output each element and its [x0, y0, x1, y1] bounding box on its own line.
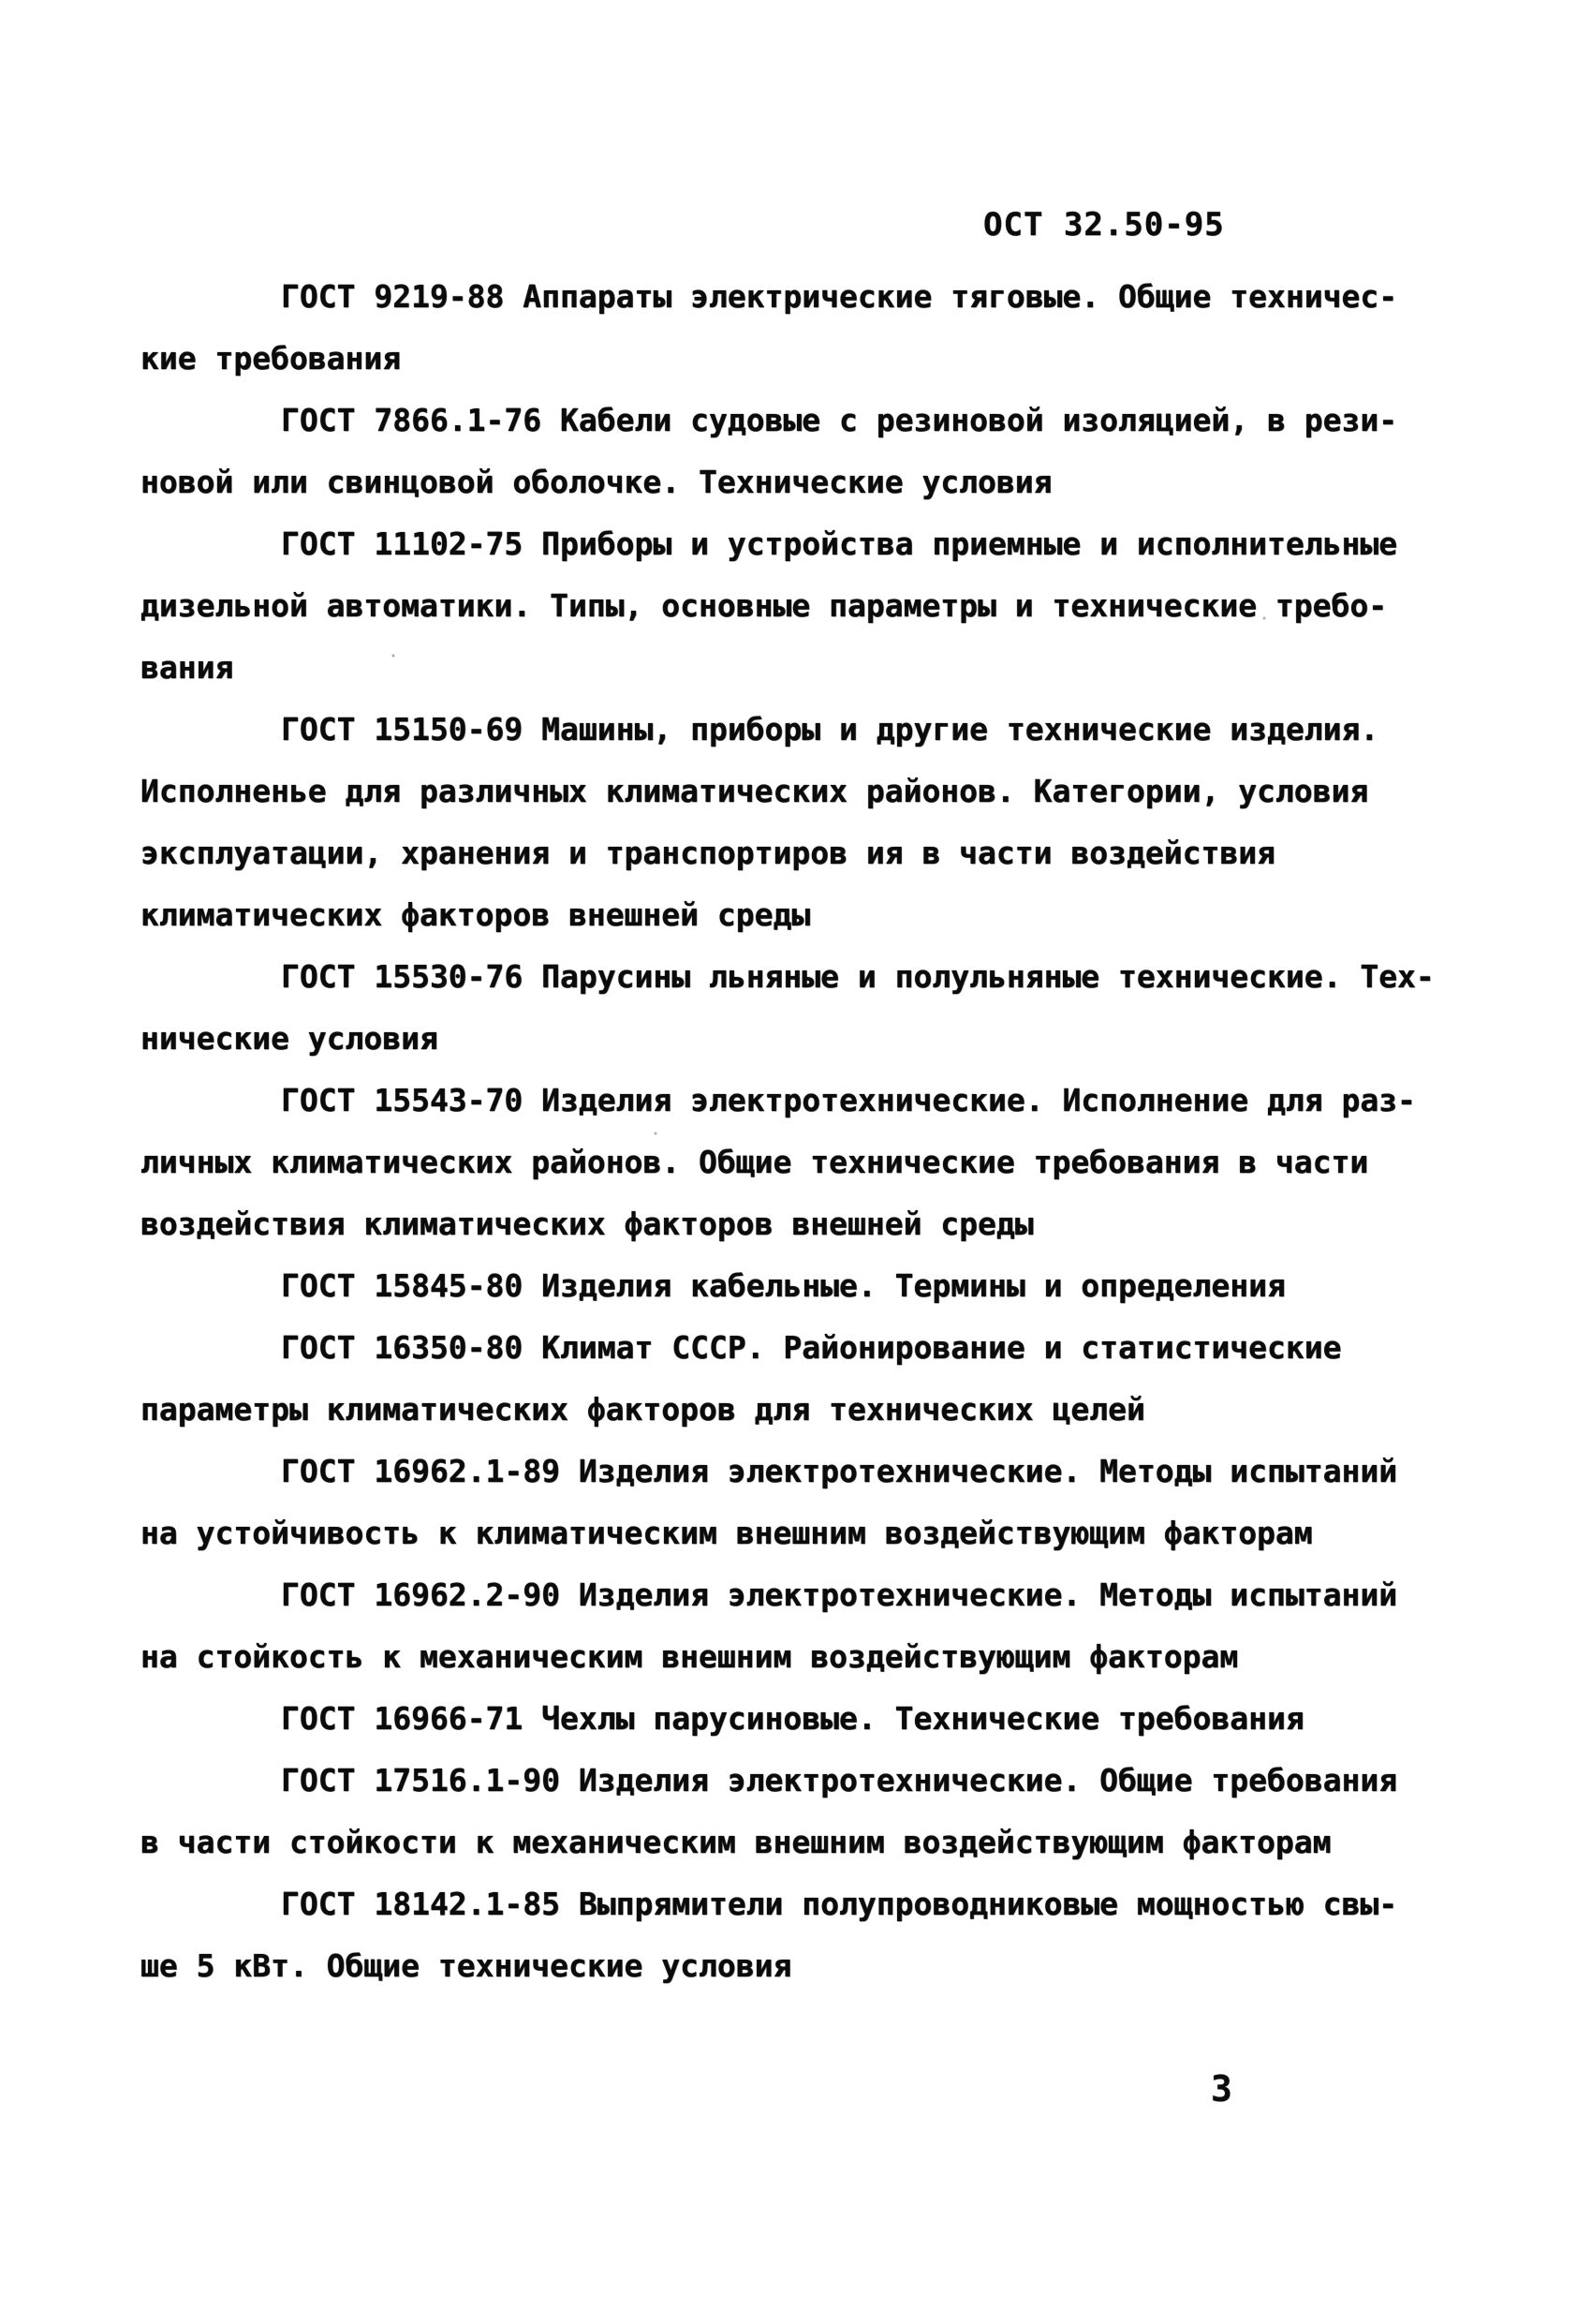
text-line: на устойчивость к климатическим внешним … — [140, 1502, 1419, 1564]
text-line: ГОСТ 16350-80 Климат СССР. Районирование… — [140, 1317, 1419, 1379]
text-line: параметры климатических факторов для тех… — [140, 1379, 1419, 1441]
text-line: климатических факторов внешней среды — [140, 884, 1419, 946]
text-line: ГОСТ 15530-76 Парусины льняные и полульн… — [140, 946, 1419, 1008]
page-number: 3 — [1211, 2068, 1232, 2109]
text-line: дизельной автоматики. Типы, основные пар… — [140, 575, 1419, 637]
text-line: в части стойкости к механическим внешним… — [140, 1812, 1419, 1873]
text-line: ГОСТ 16966-71 Чехлы парусиновые. Техниче… — [140, 1688, 1419, 1750]
text-line: вания — [140, 637, 1419, 699]
text-line: ГОСТ 15845-80 Изделия кабельные. Термины… — [140, 1255, 1419, 1317]
text-line: воздействия климатических факторов внешн… — [140, 1193, 1419, 1255]
text-line: эксплуатации, хранения и транспортиров и… — [140, 822, 1419, 884]
text-line: ше 5 кВт. Общие технические условия — [140, 1935, 1419, 1997]
text-line: ГОСТ 16962.1-89 Изделия электротехническ… — [140, 1441, 1419, 1502]
document-code-header: ОСТ 32.50-95 — [983, 206, 1225, 244]
text-line: ГОСТ 16962.2-90 Изделия электротехническ… — [140, 1564, 1419, 1626]
text-line: на стойкость к механическим внешним возд… — [140, 1626, 1419, 1688]
text-line: кие требования — [140, 328, 1419, 390]
text-line: ГОСТ 7866.1-76 Кабели судовые с резиново… — [140, 390, 1419, 451]
text-line: нические условия — [140, 1008, 1419, 1070]
text-line: ГОСТ 18142.1-85 Выпрямители полупроводни… — [140, 1873, 1419, 1935]
text-line: ГОСТ 15150-69 Машины, приборы и другие т… — [140, 699, 1419, 761]
text-line: ГОСТ 17516.1-90 Изделия электротехническ… — [140, 1750, 1419, 1812]
text-line: Исполненье для различных климатических р… — [140, 761, 1419, 822]
text-line: новой или свинцовой оболочке. Технически… — [140, 451, 1419, 513]
document-page: ОСТ 32.50-95 ГОСТ 9219-88 Аппараты элект… — [0, 0, 1592, 2324]
text-line: ГОСТ 15543-70 Изделия электротехнические… — [140, 1070, 1419, 1132]
text-line: ГОСТ 9219-88 Аппараты электрические тяго… — [140, 266, 1419, 328]
text-line: ГОСТ 11102-75 Приборы и устройства прием… — [140, 513, 1419, 575]
document-body: ГОСТ 9219-88 Аппараты электрические тяго… — [140, 266, 1419, 1997]
text-line: личных климатических районов. Общие техн… — [140, 1132, 1419, 1193]
